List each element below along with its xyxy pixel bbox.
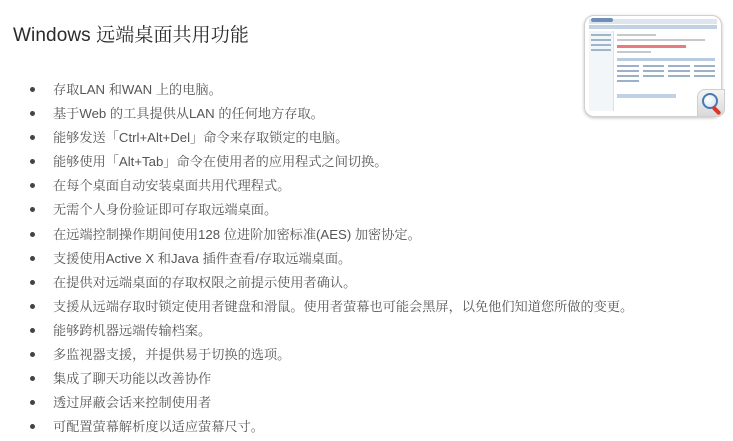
bullet-icon [30,87,35,92]
bullet-icon [30,424,35,429]
list-item: 能够跨机器远端传输档案。 [0,321,633,345]
feature-text: 支援从远端存取时锁定使用者键盘和滑鼠。使用者萤幕也可能会黑屏，以免他们知道您所做… [53,299,633,314]
list-item: 透过屏蔽会话来控制使用者 [0,393,633,417]
feature-text: 在每个桌面自动安装桌面共用代理程式。 [53,178,290,193]
list-item: 集成了聊天功能以改善协作 [0,369,633,393]
list-item: 在远端控制操作期间使用128 位进阶加密标准(AES) 加密协定。 [0,225,633,249]
feature-text: 支援使用Active X 和Java 插件查看/存取远端桌面。 [53,251,351,266]
feature-text: 基于Web 的工具提供从LAN 的任何地方存取。 [53,106,324,121]
list-item: 基于Web 的工具提供从LAN 的任何地方存取。 [0,104,633,128]
bullet-icon [30,159,35,164]
bullet-icon [30,183,35,188]
feature-text: 透过屏蔽会话来控制使用者 [53,395,211,410]
bullet-icon [30,352,35,357]
feature-text: 能够使用「Alt+Tab」命令在使用者的应用程式之间切换。 [53,154,387,169]
list-item: 在提供对远端桌面的存取权限之前提示使用者确认。 [0,273,633,297]
bullet-icon [30,280,35,285]
thumb-nav [589,25,717,29]
bullet-icon [30,135,35,140]
feature-text: 集成了聊天功能以改善协作 [53,371,211,386]
list-item: 支援从远端存取时锁定使用者键盘和滑鼠。使用者萤幕也可能会黑屏，以免他们知道您所做… [0,297,633,321]
list-item: 能够使用「Alt+Tab」命令在使用者的应用程式之间切换。 [0,152,633,176]
bullet-icon [30,304,35,309]
bullet-icon [30,256,35,261]
magnifier-handle [712,106,722,116]
feature-text: 多监视器支援，并提供易于切换的选项。 [53,347,290,362]
bullet-icon [30,111,35,116]
bullet-icon [30,328,35,333]
feature-text: 无需个人身份验证即可存取远端桌面。 [53,202,277,217]
list-item: 在每个桌面自动安装桌面共用代理程式。 [0,176,633,200]
list-item: 无需个人身份验证即可存取远端桌面。 [0,200,633,224]
bullet-icon [30,400,35,405]
list-item: 存取LAN 和WAN 上的电脑。 [0,80,633,104]
bullet-icon [30,232,35,237]
feature-list: 存取LAN 和WAN 上的电脑。 基于Web 的工具提供从LAN 的任何地方存取… [0,80,633,441]
page-title: Windows 远端桌面共用功能 [13,20,249,47]
list-item: 可配置萤幕解析度以适应萤幕尺寸。 [0,417,633,441]
list-item: 支援使用Active X 和Java 插件查看/存取远端桌面。 [0,249,633,273]
bullet-icon [30,207,35,212]
feature-text: 在远端控制操作期间使用128 位进阶加密标准(AES) 加密协定。 [53,227,421,242]
bullet-icon [30,376,35,381]
magnifier-icon[interactable] [697,89,725,117]
thumb-logo [591,18,613,22]
feature-text: 能够跨机器远端传输档案。 [53,323,211,338]
feature-text: 在提供对远端桌面的存取权限之前提示使用者确认。 [53,275,356,290]
feature-text: 能够发送「Ctrl+Alt+Del」命令来存取锁定的电脑。 [53,130,348,145]
list-item: 能够发送「Ctrl+Alt+Del」命令来存取锁定的电脑。 [0,128,633,152]
feature-text: 存取LAN 和WAN 上的电脑。 [53,82,222,97]
thumb-sidebar [589,31,614,111]
list-item: 多监视器支援，并提供易于切换的选项。 [0,345,633,369]
feature-text: 可配置萤幕解析度以适应萤幕尺寸。 [53,419,264,434]
